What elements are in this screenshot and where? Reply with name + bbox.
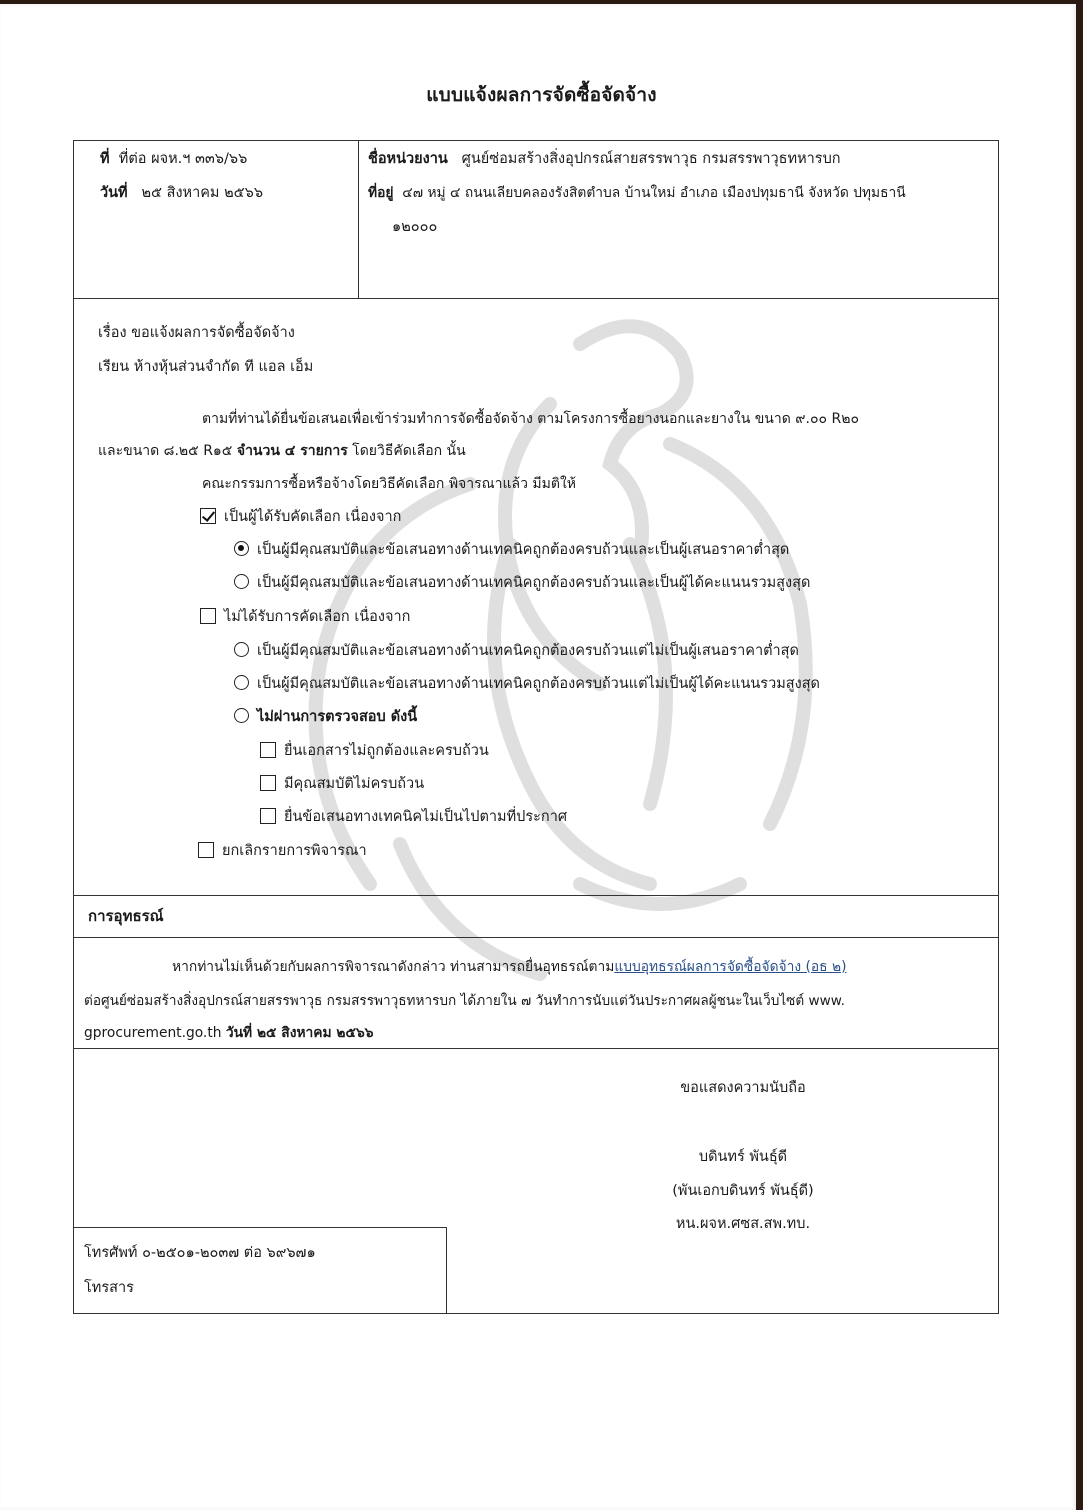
signer-name: บดินทร์ พันธุ์ดี — [668, 1147, 818, 1167]
appeal-form-link[interactable]: แบบอุทธรณ์ผลการจัดซื้อจัดจ้าง (อธ ๒) — [614, 959, 846, 975]
reference-row: ที่ ที่ต่อ ผจห.ฯ ๓๓๖/๖๖ — [100, 149, 247, 169]
contact-fax: โทรสาร — [84, 1278, 134, 1298]
radio-empty-icon[interactable] — [234, 574, 249, 589]
appeal-line-3: gprocurement.go.th วันที่ ๒๕ สิงหาคม ๒๕๖… — [84, 1023, 373, 1043]
checkbox-empty-icon[interactable] — [260, 808, 276, 824]
option-selected[interactable]: เป็นผู้ได้รับคัดเลือก เนื่องจาก — [200, 507, 401, 527]
header-bottom-line — [74, 298, 998, 299]
failed-check-qualifications[interactable]: มีคุณสมบัติไม่ครบถ้วน — [260, 774, 424, 794]
radio-empty-icon[interactable] — [234, 708, 249, 723]
agency-row: ชื่อหน่วยงาน ศูนย์ซ่อมสร้างสิ่งอุปกรณ์สา… — [368, 149, 841, 169]
size-spec: และขนาด ๘.๒๕ R๑๕ — [98, 443, 237, 459]
agency-name: ศูนย์ซ่อมสร้างสิ่งอุปกรณ์สายสรรพาวุธ กรม… — [462, 151, 841, 167]
appeal-line-1: หากท่านไม่เห็นด้วยกับผลการพิจารณาดังกล่า… — [172, 957, 846, 977]
closing-text: ขอแสดงความนับถือ — [668, 1078, 818, 1098]
date-row: วันที่ ๒๕ สิงหาคม ๒๕๖๖ — [100, 183, 263, 203]
signer-position: หน.ผจห.ศซส.สพ.ทบ. — [648, 1214, 838, 1234]
option-not-selected[interactable]: ไม่ได้รับการคัดเลือก เนื่องจาก — [200, 607, 410, 627]
reason-not-lowest-price[interactable]: เป็นผู้มีคุณสมบัติและข้อเสนอทางด้านเทคนิ… — [234, 641, 799, 661]
radio-empty-icon[interactable] — [234, 642, 249, 657]
body-paragraph-1: ตามที่ท่านได้ยื่นข้อเสนอเพื่อเข้าร่วมทำก… — [202, 409, 859, 429]
reference-number: ที่ต่อ ผจห.ฯ ๓๓๖/๖๖ — [119, 151, 248, 167]
reason-label: เป็นผู้มีคุณสมบัติและข้อเสนอทางด้านเทคนิ… — [257, 643, 799, 659]
signature-top-line — [74, 1048, 998, 1049]
reason-lowest-price[interactable]: เป็นผู้มีคุณสมบัติและข้อเสนอทางด้านเทคนิ… — [234, 540, 789, 560]
radio-empty-icon[interactable] — [234, 675, 249, 690]
address-value: ๔๗ หมู่ ๔ ถนนเลียบคลองรังสิตตำบล บ้านใหม… — [402, 185, 905, 201]
failed-check-documents[interactable]: ยื่นเอกสารไม่ถูกต้องและครบถ้วน — [260, 741, 489, 761]
radio-selected-icon[interactable] — [234, 541, 249, 556]
failed-check-label: มีคุณสมบัติไม่ครบถ้วน — [284, 776, 424, 792]
appeal-heading-line — [74, 937, 998, 938]
reason-label: เป็นผู้มีคุณสมบัติและข้อเสนอทางด้านเทคนิ… — [257, 575, 810, 591]
contact-phone: โทรศัพท์ ๐-๒๕๐๑-๒๐๓๗ ต่อ ๖๙๖๗๑ — [84, 1243, 316, 1263]
recipient-line: เรียน ห้างหุ้นส่วนจำกัด ที แอล เอ็ม — [98, 357, 313, 377]
checkbox-selected-icon[interactable] — [200, 508, 216, 524]
document-page: แบบแจ้งผลการจัดซื้อจัดจ้าง ที่ ที่ต่อ ผจ… — [0, 4, 1076, 1510]
reason-failed-check[interactable]: ไม่ผ่านการตรวจสอบ ดังนี้ — [234, 707, 417, 727]
website-text: gprocurement.go.th — [84, 1025, 226, 1041]
option-selected-label: เป็นผู้ได้รับคัดเลือก เนื่องจาก — [224, 509, 401, 525]
header-divider — [358, 141, 359, 299]
method-text: โดยวิธีคัดเลือก นั้น — [348, 443, 466, 459]
address-row: ที่อยู่ ๔๗ หมู่ ๔ ถนนเลียบคลองรังสิตตำบล… — [368, 183, 906, 203]
item-count: จำนวน ๔ รายการ — [237, 443, 348, 459]
checkbox-empty-icon[interactable] — [198, 842, 214, 858]
appeal-date: วันที่ ๒๕ สิงหาคม ๒๕๖๖ — [226, 1025, 374, 1041]
document-title: แบบแจ้งผลการจัดซื้อจัดจ้าง — [0, 80, 1083, 110]
checkbox-empty-icon[interactable] — [260, 742, 276, 758]
agency-label: ชื่อหน่วยงาน — [368, 151, 448, 167]
checkbox-empty-icon[interactable] — [260, 775, 276, 791]
subject-line: เรื่อง ขอแจ้งผลการจัดซื้อจัดจ้าง — [98, 323, 295, 343]
appeal-heading: การอุทธรณ์ — [88, 906, 164, 926]
reason-label: เป็นผู้มีคุณสมบัติและข้อเสนอทางด้านเทคนิ… — [257, 542, 789, 558]
reason-label: ไม่ผ่านการตรวจสอบ ดังนี้ — [257, 709, 417, 725]
reason-label: เป็นผู้มีคุณสมบัติและข้อเสนอทางด้านเทคนิ… — [257, 676, 820, 692]
reason-not-highest-score[interactable]: เป็นผู้มีคุณสมบัติและข้อเสนอทางด้านเทคนิ… — [234, 674, 820, 694]
checkbox-empty-icon[interactable] — [200, 608, 216, 624]
contact-box — [74, 1227, 447, 1314]
postcode: ๑๒๐๐๐ — [392, 217, 437, 237]
appeal-text: หากท่านไม่เห็นด้วยกับผลการพิจารณาดังกล่า… — [172, 959, 614, 975]
option-cancel[interactable]: ยกเลิกรายการพิจารณา — [198, 841, 367, 861]
failed-check-label: ยื่นข้อเสนอทางเทคนิคไม่เป็นไปตามที่ประกา… — [284, 809, 567, 825]
date-value: ๒๕ สิงหาคม ๒๕๖๖ — [141, 185, 263, 201]
reason-highest-score[interactable]: เป็นผู้มีคุณสมบัติและข้อเสนอทางด้านเทคนิ… — [234, 573, 810, 593]
option-not-selected-label: ไม่ได้รับการคัดเลือก เนื่องจาก — [224, 609, 410, 625]
signer-full-name: (พันเอกบดินทร์ พันธุ์ดี) — [648, 1181, 838, 1201]
appeal-line-2: ต่อศูนย์ซ่อมสร้างสิ่งอุปกรณ์สายสรรพาวุธ … — [84, 991, 845, 1011]
appeal-top-line — [74, 895, 998, 896]
reference-label: ที่ — [100, 151, 110, 167]
address-label: ที่อยู่ — [368, 185, 393, 201]
option-cancel-label: ยกเลิกรายการพิจารณา — [222, 843, 367, 859]
body-paragraph-1-cont: และขนาด ๘.๒๕ R๑๕ จำนวน ๔ รายการ โดยวิธีค… — [98, 441, 466, 461]
failed-check-label: ยื่นเอกสารไม่ถูกต้องและครบถ้วน — [284, 743, 489, 759]
date-label: วันที่ — [100, 185, 128, 201]
body-paragraph-2: คณะกรรมการซื้อหรือจ้างโดยวิธีคัดเลือก พิ… — [202, 474, 576, 494]
form-frame: ที่ ที่ต่อ ผจห.ฯ ๓๓๖/๖๖ วันที่ ๒๕ สิงหาค… — [73, 140, 999, 1314]
failed-check-technical[interactable]: ยื่นข้อเสนอทางเทคนิคไม่เป็นไปตามที่ประกา… — [260, 807, 567, 827]
